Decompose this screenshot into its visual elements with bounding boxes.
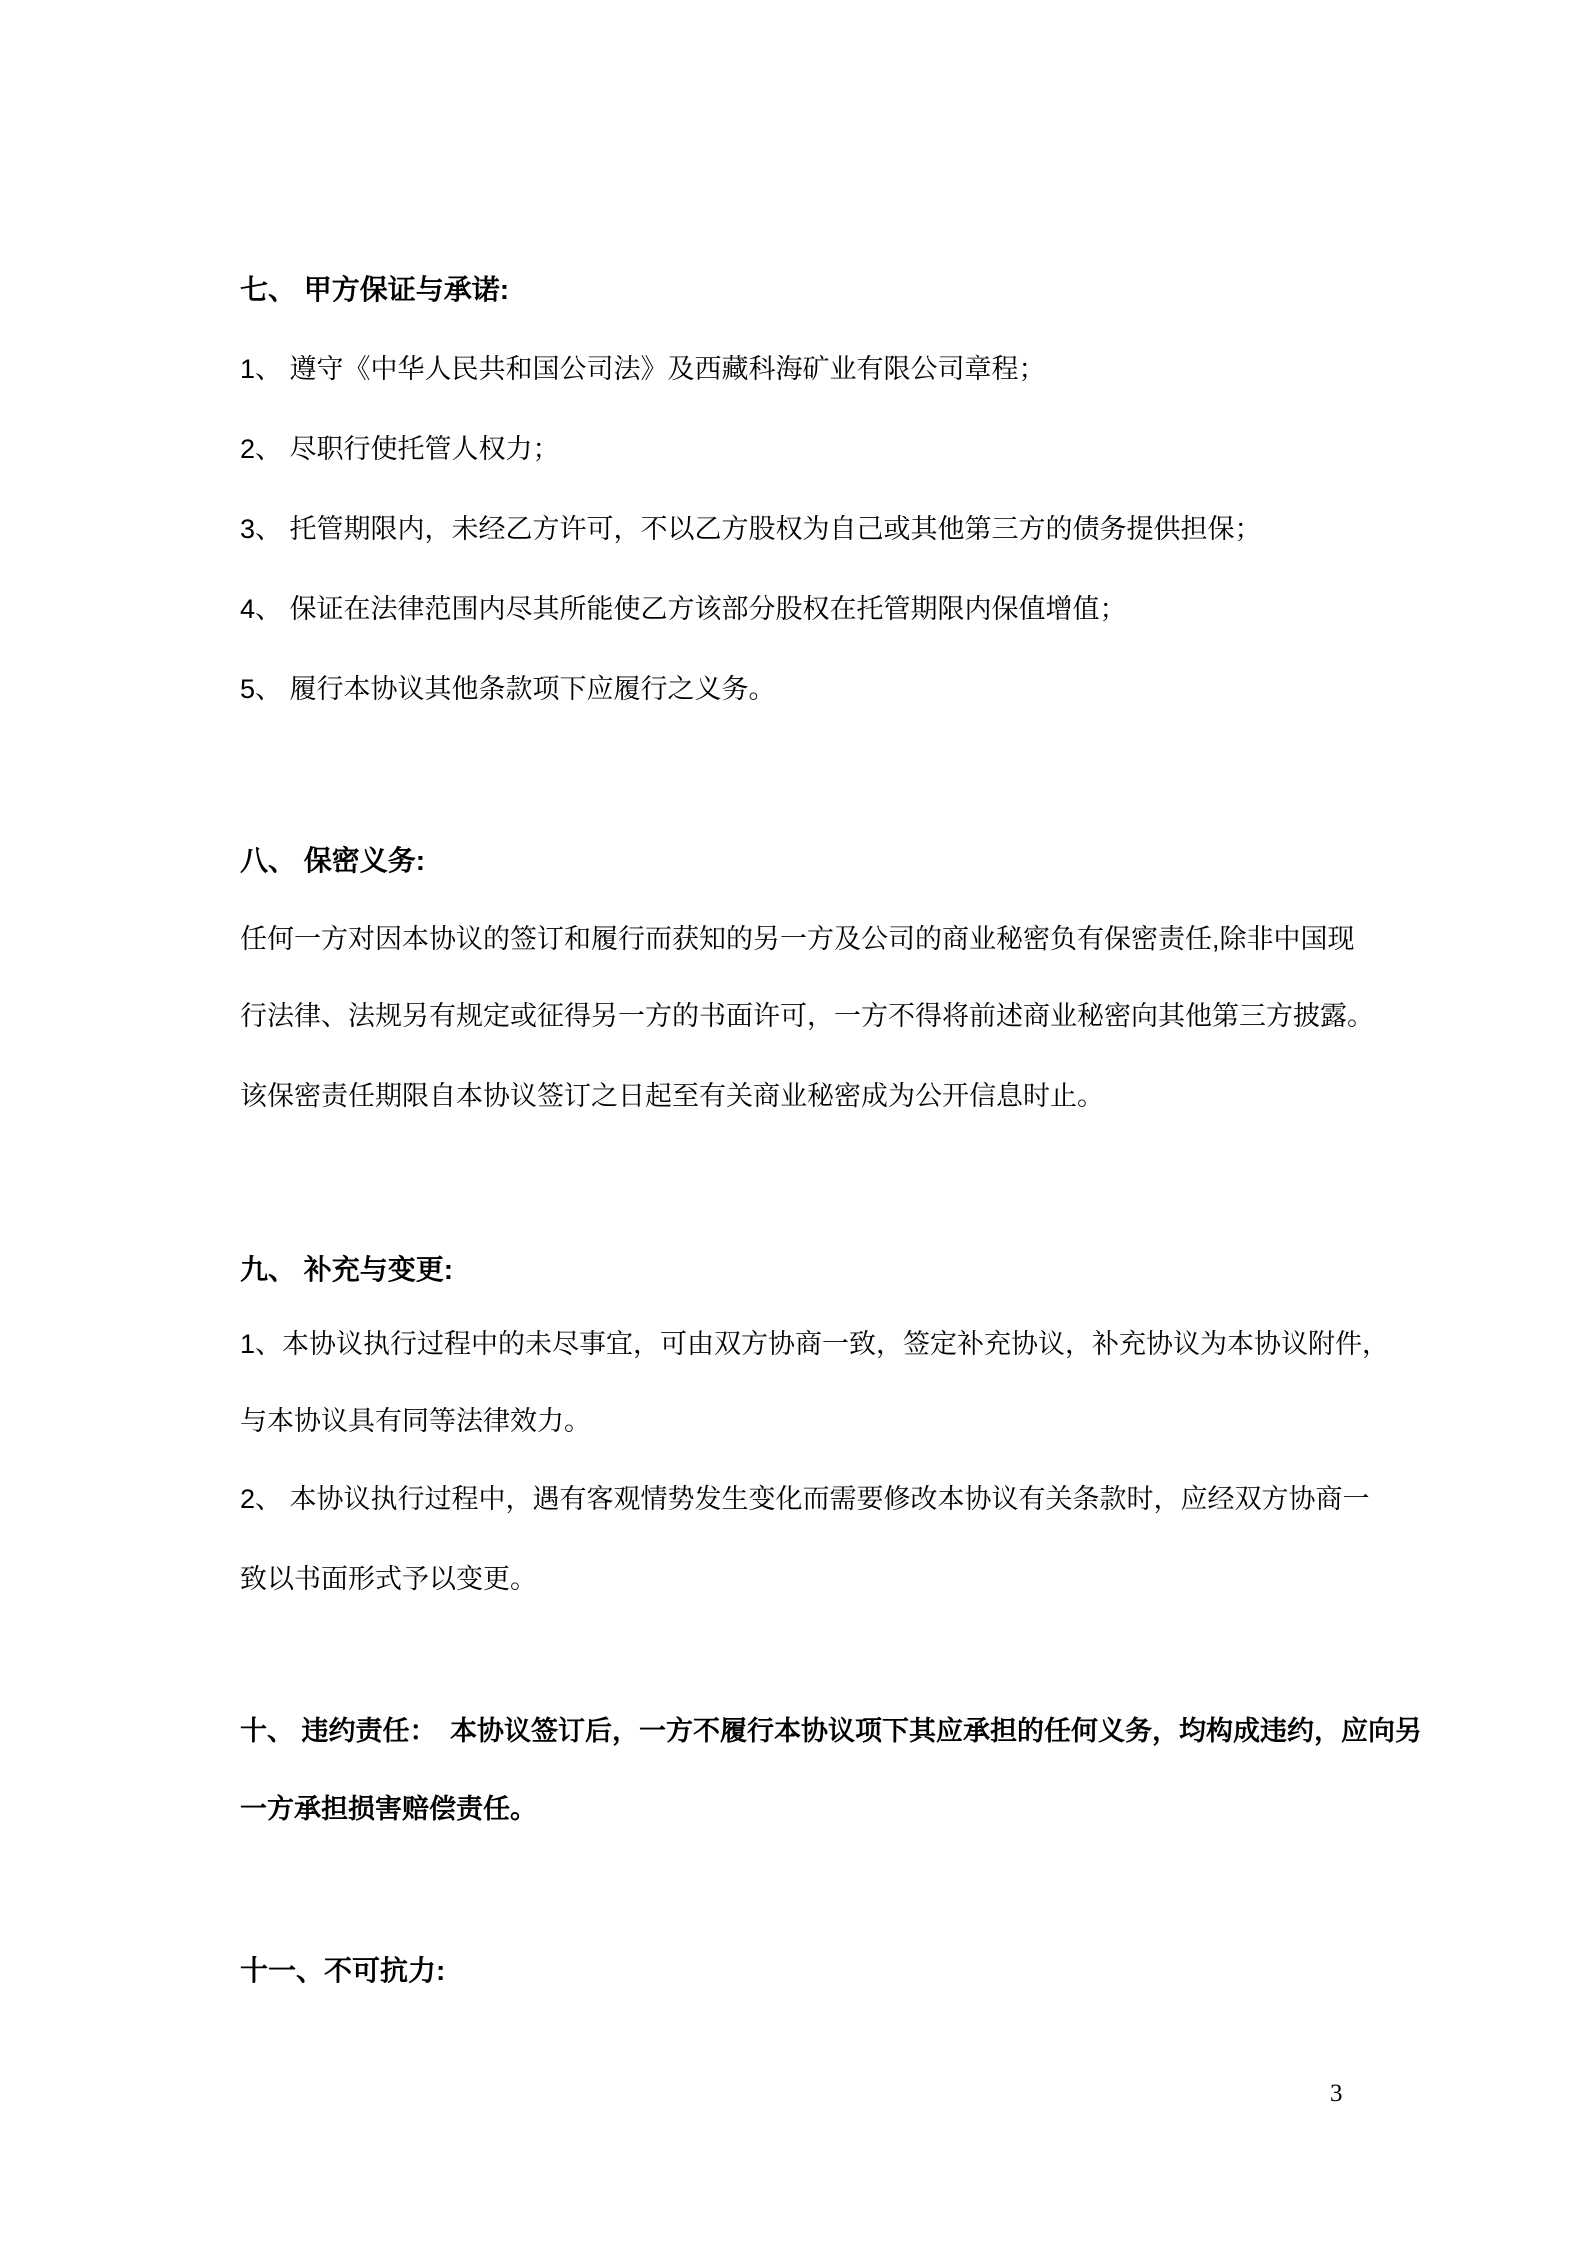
confidentiality-line-3: 该保密责任期限自本协议签订之日起至有关商业秘密成为公开信息时止。	[240, 1080, 1380, 1114]
amendment-item-2-line-1: 2、 本协议执行过程中，遇有客观情势发生变化而需要修改本协议有关条款时，应经双方…	[240, 1483, 1380, 1517]
heading-force-majeure: 十一、不可抗力:	[240, 1953, 1380, 1988]
amendment-item-1-line-2: 与本协议具有同等法律效力。	[240, 1405, 1380, 1439]
guarantee-item-4: 4、 保证在法律范围内尽其所能使乙方该部分股权在托管期限内保值增值；	[240, 593, 1380, 627]
breach-liability-line-2: 一方承担损害赔偿责任。	[240, 1793, 1380, 1827]
guarantee-item-3: 3、 托管期限内，未经乙方许可，不以乙方股权为自己或其他第三方的债务提供担保；	[240, 513, 1380, 547]
confidentiality-line-2: 行法律、法规另有规定或征得另一方的书面许可，一方不得将前述商业秘密向其他第三方披…	[240, 1000, 1380, 1034]
heading-party-a-guarantees: 七、 甲方保证与承诺:	[240, 272, 1380, 307]
heading-supplement-amendment: 九、 补充与变更:	[240, 1252, 1380, 1287]
document-page: 七、 甲方保证与承诺: 1、 遵守《中华人民共和国公司法》及西藏科海矿业有限公司…	[0, 0, 1586, 2244]
breach-liability-line-1: 十、 违约责任： 本协议签订后，一方不履行本协议项下其应承担的任何义务，均构成违…	[240, 1715, 1380, 1749]
guarantee-item-5: 5、 履行本协议其他条款项下应履行之义务。	[240, 673, 1380, 707]
guarantee-item-2: 2、 尽职行使托管人权力；	[240, 433, 1380, 467]
confidentiality-line-1: 任何一方对因本协议的签订和履行而获知的另一方及公司的商业秘密负有保密责任,除非中…	[240, 923, 1380, 957]
amendment-item-2-line-2: 致以书面形式予以变更。	[240, 1563, 1380, 1597]
amendment-item-1-line-1: 1、本协议执行过程中的未尽事宜，可由双方协商一致，签定补充协议，补充协议为本协议…	[240, 1328, 1380, 1362]
page-number: 3	[1330, 2080, 1343, 2108]
guarantee-item-1: 1、 遵守《中华人民共和国公司法》及西藏科海矿业有限公司章程；	[240, 353, 1380, 387]
heading-confidentiality: 八、 保密义务:	[240, 843, 1380, 878]
